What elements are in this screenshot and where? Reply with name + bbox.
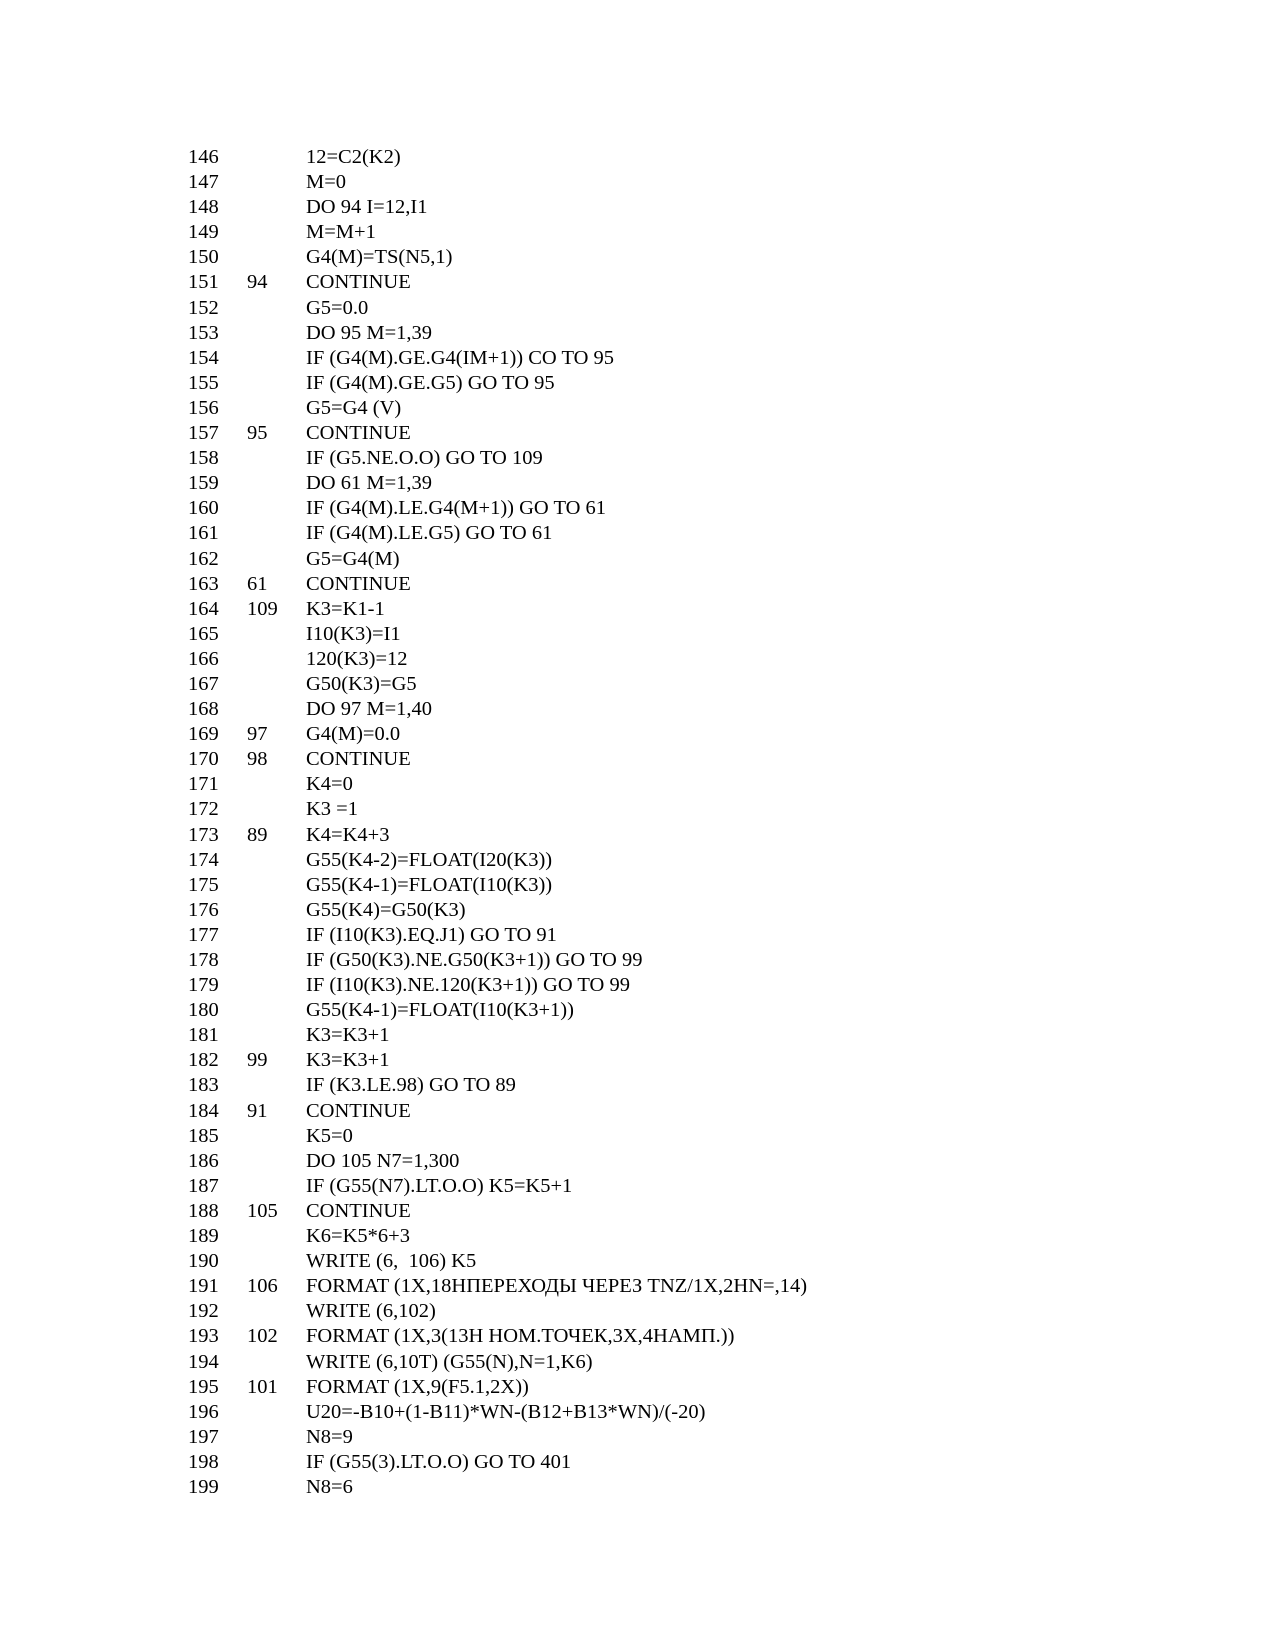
code-line: 166 120(K3)=12 [188,647,209,672]
code-line: 158 IF (G5.NE.O.O) GO TO 109 [188,446,209,471]
line-number: 177 [188,923,219,948]
code-line: 167 G50(K3)=G5 [188,672,209,697]
line-number: 191 [188,1274,219,1299]
code-line: 196 U20=-B10+(1-B11)*WN-(B12+B13*WN)/(-2… [188,1400,209,1425]
code-statement: DO 105 N7=1,300 [306,1149,459,1174]
statement-label: 95 [247,421,268,446]
line-number: 155 [188,371,219,396]
code-statement: N8=9 [306,1425,353,1450]
line-number: 178 [188,948,219,973]
code-statement: G55(K4-2)=FLOAT(I20(K3)) [306,848,552,873]
code-statement: G5=0.0 [306,296,368,321]
code-line: 175 G55(K4-1)=FLOAT(I10(K3)) [188,873,209,898]
code-line: 161 IF (G4(M).LE.G5) GO TO 61 [188,521,209,546]
line-number: 199 [188,1475,219,1500]
code-statement: K3=K3+1 [306,1048,389,1073]
code-statement: CONTINUE [306,270,411,295]
line-number: 147 [188,170,219,195]
line-number: 164 [188,597,219,622]
line-number: 172 [188,797,219,822]
line-number: 189 [188,1224,219,1249]
code-line: 173 89 K4=K4+3 [188,823,209,848]
statement-label: 99 [247,1048,268,1073]
line-number: 170 [188,747,219,772]
line-number: 167 [188,672,219,697]
code-line: 194 WRITE (6,10T) (G55(N),N=1,K6) [188,1350,209,1375]
line-number: 157 [188,421,219,446]
line-number: 148 [188,195,219,220]
code-line: 185 K5=0 [188,1124,209,1149]
code-line: 160 IF (G4(M).LE.G4(M+1)) GO TO 61 [188,496,209,521]
line-number: 195 [188,1375,219,1400]
code-statement: DO 94 I=12,I1 [306,195,427,220]
line-number: 192 [188,1299,219,1324]
code-statement: DO 95 M=1,39 [306,321,432,346]
line-number: 183 [188,1073,219,1098]
line-number: 196 [188,1400,219,1425]
line-number: 185 [188,1124,219,1149]
line-number: 182 [188,1048,219,1073]
line-number: 176 [188,898,219,923]
code-line: 181 K3=K3+1 [188,1023,209,1048]
code-line: 198 IF (G55(3).LT.O.O) GO TO 401 [188,1450,209,1475]
line-number: 174 [188,848,219,873]
line-number: 154 [188,346,219,371]
code-statement: FORMAT (1X,18HПЕРЕХОДЫ ЧЕРЕЗ TNZ/1X,2HN=… [306,1274,807,1299]
code-line: 187 IF (G55(N7).LT.O.O) K5=K5+1 [188,1174,209,1199]
code-line: 192 WRITE (6,102) [188,1299,209,1324]
code-statement: G55(K4-1)=FLOAT(I10(K3+1)) [306,998,574,1023]
code-statement: WRITE (6,10T) (G55(N),N=1,K6) [306,1350,593,1375]
line-number: 169 [188,722,219,747]
code-line: 188 105 CONTINUE [188,1199,209,1224]
code-line: 162 G5=G4(M) [188,547,209,572]
code-listing: 146 12=C2(K2) 147 M=0 148 DO 94 I=12,I1 … [188,145,209,1500]
code-line: 178 IF (G50(K3).NE.G50(K3+1)) GO TO 99 [188,948,209,973]
code-line: 159 DO 61 M=1,39 [188,471,209,496]
code-statement: G4(M)=TS(N5,1) [306,245,453,270]
code-line: 177 IF (I10(K3).EQ.J1) GO TO 91 [188,923,209,948]
code-statement: CONTINUE [306,1199,411,1224]
code-statement: 120(K3)=12 [306,647,408,672]
code-statement: G55(K4)=G50(K3) [306,898,466,923]
line-number: 190 [188,1249,219,1274]
code-statement: M=0 [306,170,346,195]
code-statement: IF (I10(K3).NE.120(K3+1)) GO TO 99 [306,973,630,998]
code-line: 184 91 CONTINUE [188,1099,209,1124]
code-statement: WRITE (6, 106) K5 [306,1249,476,1274]
statement-label: 98 [247,747,268,772]
code-statement: CONTINUE [306,747,411,772]
line-number: 166 [188,647,219,672]
line-number: 153 [188,321,219,346]
code-line: 150 G4(M)=TS(N5,1) [188,245,209,270]
code-statement: M=M+1 [306,220,376,245]
code-line: 193 102 FORMAT (1X,3(13H НОМ.ТОЧЕК,3X,4Н… [188,1324,209,1349]
line-number: 156 [188,396,219,421]
line-number: 158 [188,446,219,471]
code-statement: IF (G5.NE.O.O) GO TO 109 [306,446,543,471]
code-line: 149 M=M+1 [188,220,209,245]
code-line: 174 G55(K4-2)=FLOAT(I20(K3)) [188,848,209,873]
code-statement: DO 97 M=1,40 [306,697,432,722]
code-line: 182 99 K3=K3+1 [188,1048,209,1073]
code-line: 176 G55(K4)=G50(K3) [188,898,209,923]
statement-label: 89 [247,823,268,848]
line-number: 188 [188,1199,219,1224]
code-statement: IF (G50(K3).NE.G50(K3+1)) GO TO 99 [306,948,643,973]
line-number: 149 [188,220,219,245]
line-number: 173 [188,823,219,848]
code-statement: DO 61 M=1,39 [306,471,432,496]
code-statement: G5=G4 (V) [306,396,401,421]
line-number: 198 [188,1450,219,1475]
code-line: 152 G5=0.0 [188,296,209,321]
code-line: 199 N8=6 [188,1475,209,1500]
code-statement: I10(K3)=I1 [306,622,401,647]
line-number: 194 [188,1350,219,1375]
code-line: 153 DO 95 M=1,39 [188,321,209,346]
line-number: 168 [188,697,219,722]
code-line: 186 DO 105 N7=1,300 [188,1149,209,1174]
code-line: 197 N8=9 [188,1425,209,1450]
line-number: 160 [188,496,219,521]
line-number: 186 [188,1149,219,1174]
code-statement: IF (G55(N7).LT.O.O) K5=K5+1 [306,1174,572,1199]
code-statement: K3 =1 [306,797,358,822]
code-statement: K4=K4+3 [306,823,389,848]
code-line: 168 DO 97 M=1,40 [188,697,209,722]
statement-label: 102 [247,1324,278,1349]
code-line: 171 K4=0 [188,772,209,797]
code-line: 155 IF (G4(M).GE.G5) GO TO 95 [188,371,209,396]
code-statement: G50(K3)=G5 [306,672,417,697]
code-line: 147 M=0 [188,170,209,195]
statement-label: 91 [247,1099,268,1124]
code-statement: FORMAT (1X,3(13H НОМ.ТОЧЕК,3X,4НАМП.)) [306,1324,734,1349]
line-number: 180 [188,998,219,1023]
code-statement: K3=K1-1 [306,597,385,622]
code-line: 154 IF (G4(M).GE.G4(IM+1)) CO TO 95 [188,346,209,371]
code-statement: K6=K5*6+3 [306,1224,410,1249]
statement-label: 109 [247,597,278,622]
line-number: 151 [188,270,219,295]
code-statement: G55(K4-1)=FLOAT(I10(K3)) [306,873,552,898]
code-line: 179 IF (I10(K3).NE.120(K3+1)) GO TO 99 [188,973,209,998]
code-statement: FORMAT (1X,9(F5.1,2X)) [306,1375,529,1400]
code-statement: G4(M)=0.0 [306,722,400,747]
statement-label: 61 [247,572,268,597]
statement-label: 106 [247,1274,278,1299]
line-number: 179 [188,973,219,998]
code-line: 165 I10(K3)=I1 [188,622,209,647]
line-number: 163 [188,572,219,597]
code-line: 146 12=C2(K2) [188,145,209,170]
code-line: 195 101 FORMAT (1X,9(F5.1,2X)) [188,1375,209,1400]
line-number: 175 [188,873,219,898]
code-line: 189 K6=K5*6+3 [188,1224,209,1249]
code-line: 180 G55(K4-1)=FLOAT(I10(K3+1)) [188,998,209,1023]
line-number: 171 [188,772,219,797]
line-number: 181 [188,1023,219,1048]
code-line: 169 97 G4(M)=0.0 [188,722,209,747]
code-line: 163 61 CONTINUE [188,572,209,597]
code-statement: K4=0 [306,772,353,797]
code-statement: K5=0 [306,1124,353,1149]
line-number: 193 [188,1324,219,1349]
statement-label: 105 [247,1199,278,1224]
statement-label: 94 [247,270,268,295]
code-statement: U20=-B10+(1-B11)*WN-(B12+B13*WN)/(-20) [306,1400,705,1425]
code-statement: CONTINUE [306,572,411,597]
code-statement: CONTINUE [306,421,411,446]
code-statement: IF (K3.LE.98) GO TO 89 [306,1073,516,1098]
line-number: 159 [188,471,219,496]
line-number: 146 [188,145,219,170]
code-line: 191 106 FORMAT (1X,18HПЕРЕХОДЫ ЧЕРЕЗ TNZ… [188,1274,209,1299]
statement-label: 101 [247,1375,278,1400]
code-statement: CONTINUE [306,1099,411,1124]
code-line: 183 IF (K3.LE.98) GO TO 89 [188,1073,209,1098]
code-line: 157 95 CONTINUE [188,421,209,446]
code-statement: IF (G4(M).GE.G5) GO TO 95 [306,371,555,396]
code-line: 172 K3 =1 [188,797,209,822]
code-statement: IF (G4(M).GE.G4(IM+1)) CO TO 95 [306,346,614,371]
code-statement: IF (I10(K3).EQ.J1) GO TO 91 [306,923,557,948]
code-statement: IF (G55(3).LT.O.O) GO TO 401 [306,1450,571,1475]
code-statement: WRITE (6,102) [306,1299,436,1324]
statement-label: 97 [247,722,268,747]
line-number: 165 [188,622,219,647]
code-statement: K3=K3+1 [306,1023,389,1048]
line-number: 150 [188,245,219,270]
line-number: 197 [188,1425,219,1450]
code-line: 151 94 CONTINUE [188,270,209,295]
code-line: 164 109 K3=K1-1 [188,597,209,622]
line-number: 162 [188,547,219,572]
code-line: 156 G5=G4 (V) [188,396,209,421]
line-number: 152 [188,296,219,321]
code-statement: IF (G4(M).LE.G4(M+1)) GO TO 61 [306,496,606,521]
line-number: 161 [188,521,219,546]
code-line: 148 DO 94 I=12,I1 [188,195,209,220]
code-statement: IF (G4(M).LE.G5) GO TO 61 [306,521,552,546]
code-statement: 12=C2(K2) [306,145,401,170]
line-number: 184 [188,1099,219,1124]
code-statement: G5=G4(M) [306,547,400,572]
code-statement: N8=6 [306,1475,353,1500]
line-number: 187 [188,1174,219,1199]
code-line: 190 WRITE (6, 106) K5 [188,1249,209,1274]
code-line: 170 98 CONTINUE [188,747,209,772]
